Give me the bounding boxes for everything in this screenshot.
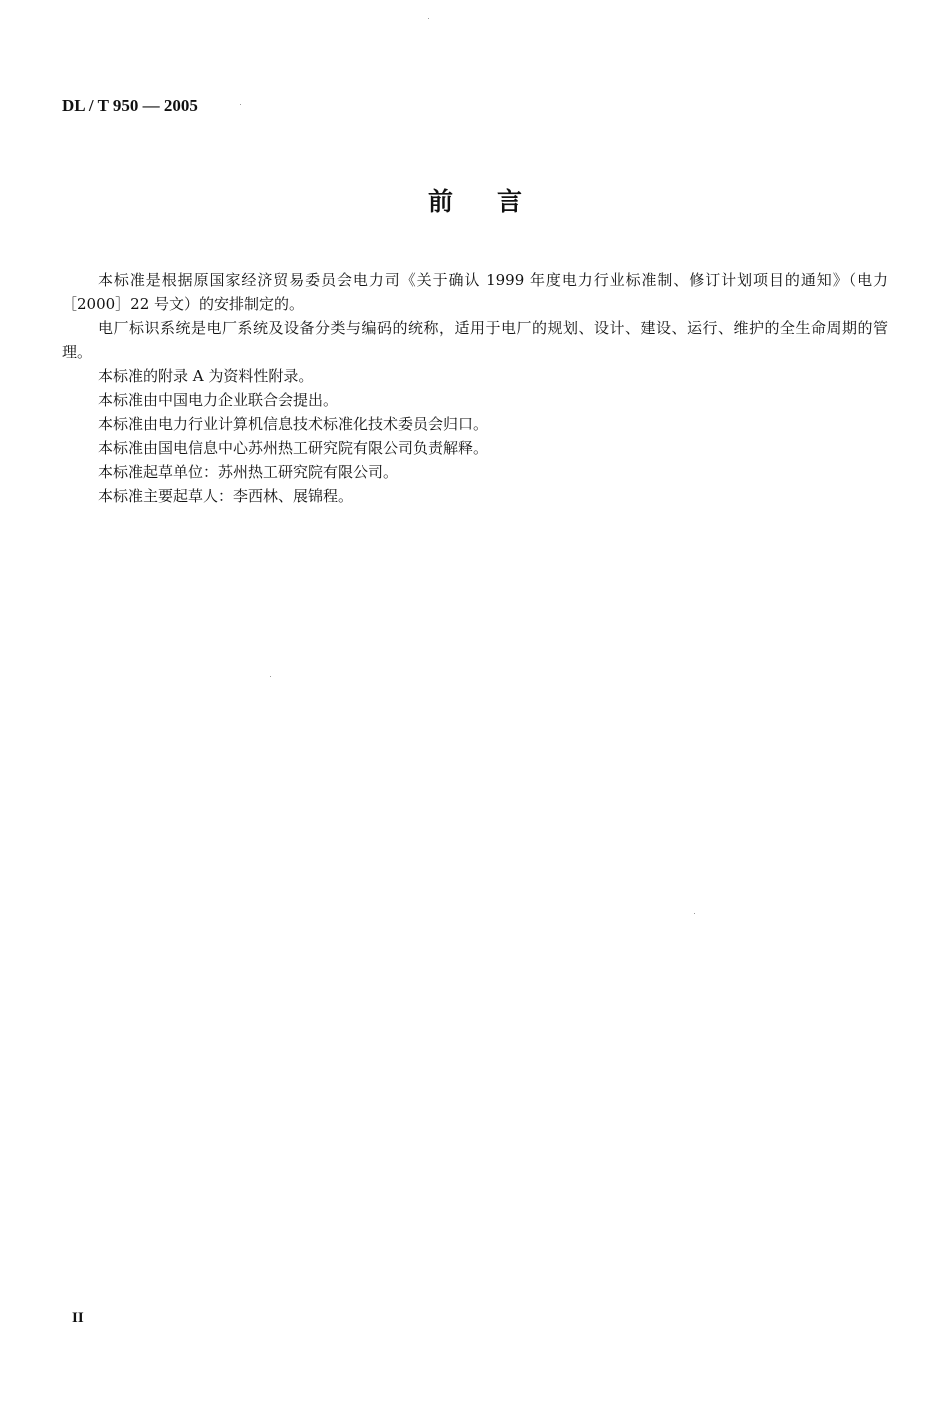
- section-title: 前言: [0, 182, 950, 218]
- scan-speck: [270, 676, 271, 677]
- paragraph-proposer: 本标准由中国电力企业联合会提出。: [62, 388, 888, 412]
- paragraph-drafters: 本标准主要起草人：李西林、展锦程。: [62, 484, 888, 508]
- page-number: II: [72, 1310, 84, 1327]
- paragraph-drafting-unit: 本标准起草单位：苏州热工研究院有限公司。: [62, 460, 888, 484]
- paragraph-interpreter: 本标准由国电信息中心苏州热工研究院有限公司负责解释。: [62, 436, 888, 460]
- paragraph-basis: 本标准是根据原国家经济贸易委员会电力司《关于确认 1999 年度电力行业标准制、…: [62, 268, 888, 316]
- scan-speck: [428, 18, 429, 19]
- title-char-2: 言: [497, 182, 522, 218]
- paragraph-appendix: 本标准的附录 A 为资料性附录。: [62, 364, 888, 388]
- title-char-1: 前: [428, 182, 453, 218]
- foreword-body: 本标准是根据原国家经济贸易委员会电力司《关于确认 1999 年度电力行业标准制、…: [62, 268, 888, 508]
- paragraph-committee: 本标准由电力行业计算机信息技术标准化技术委员会归口。: [62, 412, 888, 436]
- document-standard-code: DL / T 950 — 2005: [62, 96, 198, 116]
- scan-speck: [694, 913, 695, 914]
- scan-speck: [240, 104, 241, 105]
- paragraph-scope: 电厂标识系统是电厂系统及设备分类与编码的统称，适用于电厂的规划、设计、建设、运行…: [62, 316, 888, 364]
